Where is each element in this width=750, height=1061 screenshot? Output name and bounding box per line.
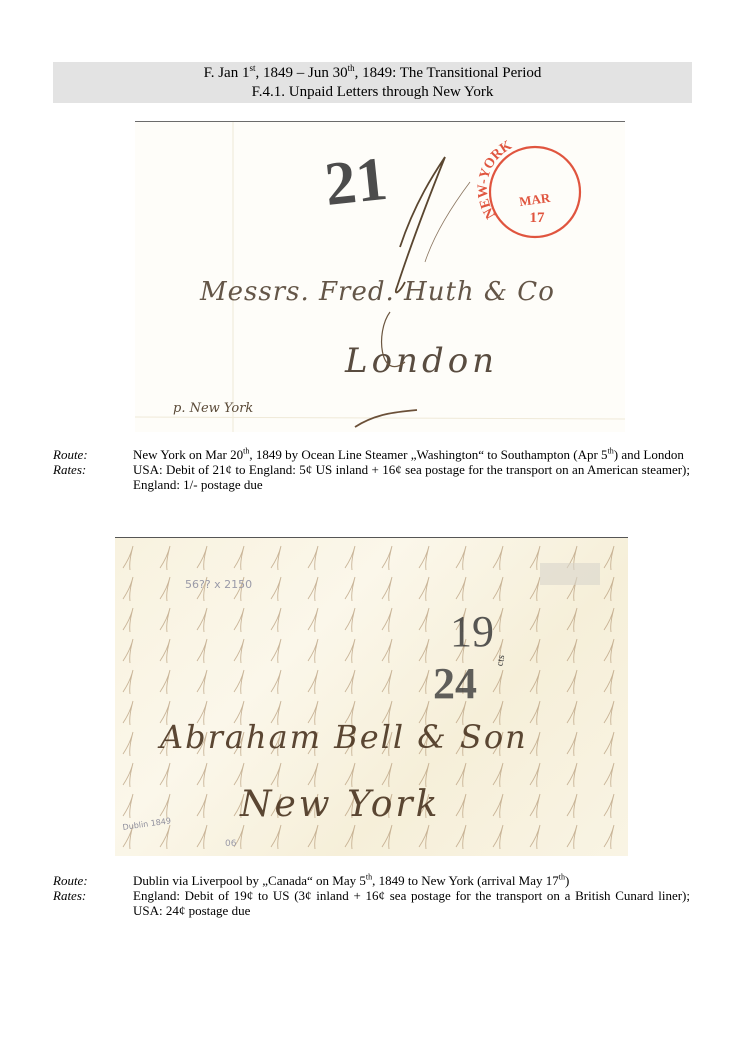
cover-2-description: Route: Dublin via Liverpool by „Canada“ … [53, 873, 690, 918]
svg-text:56?? x 2150: 56?? x 2150 [185, 578, 252, 591]
route-text-part: , 1849 by Ocean Line Steamer „Washington… [249, 447, 607, 462]
svg-text:Dublin 1849: Dublin 1849 [122, 816, 172, 832]
header-title-part: F. Jan 1 [204, 65, 250, 81]
route-text: Dublin via Liverpool by „Canada“ on May … [133, 873, 690, 888]
header-title-sup: th [348, 63, 355, 73]
rates-label: Rates: [53, 888, 133, 918]
route-text-part: , 1849 to New York (arrival May 17 [372, 873, 559, 888]
rates-label: Rates: [53, 462, 133, 492]
route-text-part: ) [565, 873, 569, 888]
svg-text:06: 06 [225, 839, 237, 849]
route-label: Route: [53, 447, 133, 462]
page-header: F. Jan 1st, 1849 – Jun 30th, 1849: The T… [53, 62, 692, 103]
route-row: Route: New York on Mar 20th, 1849 by Oce… [53, 447, 690, 462]
cover-image-1: 21 NEW-YORK MAR 17 Messrs. Fred. Huth & … [135, 121, 625, 432]
handstamp-24: 24 [433, 659, 477, 708]
svg-text:Abraham Bell & Son: Abraham Bell & Son [157, 718, 528, 756]
handstamp-21: 21 [322, 145, 391, 219]
rates-row: Rates: England: Debit of 19¢ to US (3¢ i… [53, 888, 690, 918]
header-title: F. Jan 1st, 1849 – Jun 30th, 1849: The T… [53, 64, 692, 83]
handstamp-19: 19 [450, 607, 494, 656]
cover-1-description: Route: New York on Mar 20th, 1849 by Oce… [53, 447, 690, 492]
svg-text:p. New York: p. New York [173, 401, 253, 416]
rates-text: USA: Debit of 21¢ to England: 5¢ US inla… [133, 462, 690, 492]
svg-text:17: 17 [530, 210, 546, 226]
route-text-part: New York on Mar 20 [133, 447, 243, 462]
route-text: New York on Mar 20th, 1849 by Ocean Line… [133, 447, 690, 462]
cover-2-illustration: 56?? x 2150 Dublin 1849 06 19 24 cts Abr… [115, 538, 628, 856]
route-label: Route: [53, 873, 133, 888]
rates-text: England: Debit of 19¢ to US (3¢ inland +… [133, 888, 690, 918]
svg-text:NEW-YORK: NEW-YORK [476, 138, 515, 221]
route-row: Route: Dublin via Liverpool by „Canada“ … [53, 873, 690, 888]
header-title-part: , 1849 – Jun 30 [255, 65, 347, 81]
route-text-part: Dublin via Liverpool by „Canada“ on May … [133, 873, 366, 888]
svg-text:New York: New York [239, 784, 440, 825]
cover-1-illustration: 21 NEW-YORK MAR 17 Messrs. Fred. Huth & … [135, 122, 625, 432]
rates-row: Rates: USA: Debit of 21¢ to England: 5¢ … [53, 462, 690, 492]
svg-text:London: London [344, 341, 498, 381]
svg-text:cts: cts [495, 654, 508, 667]
svg-text:Messrs. Fred. Huth & Co: Messrs. Fred. Huth & Co [199, 277, 555, 307]
red-postmark: NEW-YORK MAR 17 [476, 138, 580, 237]
header-title-part: , 1849: The Transitional Period [355, 65, 542, 81]
cover-image-2: 56?? x 2150 Dublin 1849 06 19 24 cts Abr… [115, 537, 628, 856]
svg-text:MAR: MAR [518, 190, 551, 209]
route-text-part: ) and London [614, 447, 684, 462]
header-subtitle: F.4.1. Unpaid Letters through New York [53, 83, 692, 102]
